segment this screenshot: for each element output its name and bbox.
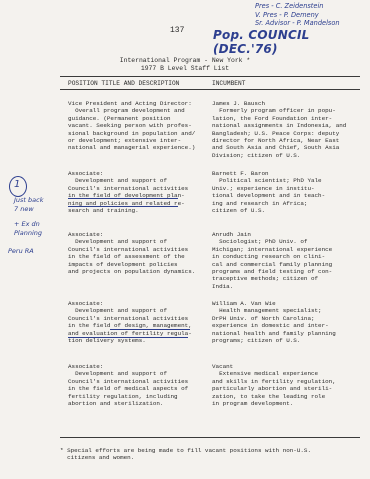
incumbent-cell: James J. Bausch Formerly program officer… [212, 100, 362, 159]
footnote: * Special efforts are being made to fill… [60, 447, 311, 462]
handwritten-underline [110, 329, 190, 330]
margin-note: + Ex dn [14, 220, 40, 229]
handwritten-underline [68, 337, 188, 338]
header-line-1: International Program - New York * [0, 57, 370, 65]
note-vice-president: V. Pres - P. Demeny [255, 11, 370, 20]
incumbent-cell: Barnett F. Baron Political scientist; Ph… [212, 170, 362, 214]
margin-number: 1 [14, 180, 20, 189]
note-senior-advisor: Sr. Advisor - P. Mandelson [255, 19, 370, 28]
margin-note: Planning [14, 229, 42, 238]
margin-note: Peru RA [8, 247, 34, 256]
handwritten-title: Pop. COUNCIL (DEC.'76) [213, 28, 370, 56]
position-cell: Associate: Development and support of Co… [68, 363, 218, 407]
incumbent-cell: Anrudh Jain Sociologist; PhD Univ. of Mi… [212, 231, 362, 290]
column-header-position: POSITION TITLE AND DESCRIPTION [68, 80, 179, 87]
margin-note: Just back [14, 196, 44, 205]
incumbent-cell: William A. Van Wie Health management spe… [212, 300, 362, 344]
rule-under-header [60, 89, 360, 90]
handwritten-underline [68, 198, 178, 199]
header-line-2: 1977 B Level Staff List [0, 65, 370, 73]
handwritten-notes: Pres - C. Zeidenstein V. Pres - P. Demen… [255, 2, 370, 28]
position-cell: Associate: Development and support of Co… [68, 231, 218, 275]
position-cell: Associate: Development and support of Co… [68, 170, 218, 214]
page-number: 137 [170, 26, 184, 35]
handwritten-underline [68, 206, 178, 207]
column-header-incumbent: INCUMBENT [212, 80, 245, 87]
note-president: Pres - C. Zeidenstein [255, 2, 370, 11]
rule-top [60, 76, 360, 77]
position-cell: Vice President and Acting Director: Over… [68, 100, 218, 152]
incumbent-cell: Vacant Extensive medical experience and … [212, 363, 362, 407]
rule-bottom [60, 437, 360, 438]
margin-note: 7 new [14, 205, 34, 214]
